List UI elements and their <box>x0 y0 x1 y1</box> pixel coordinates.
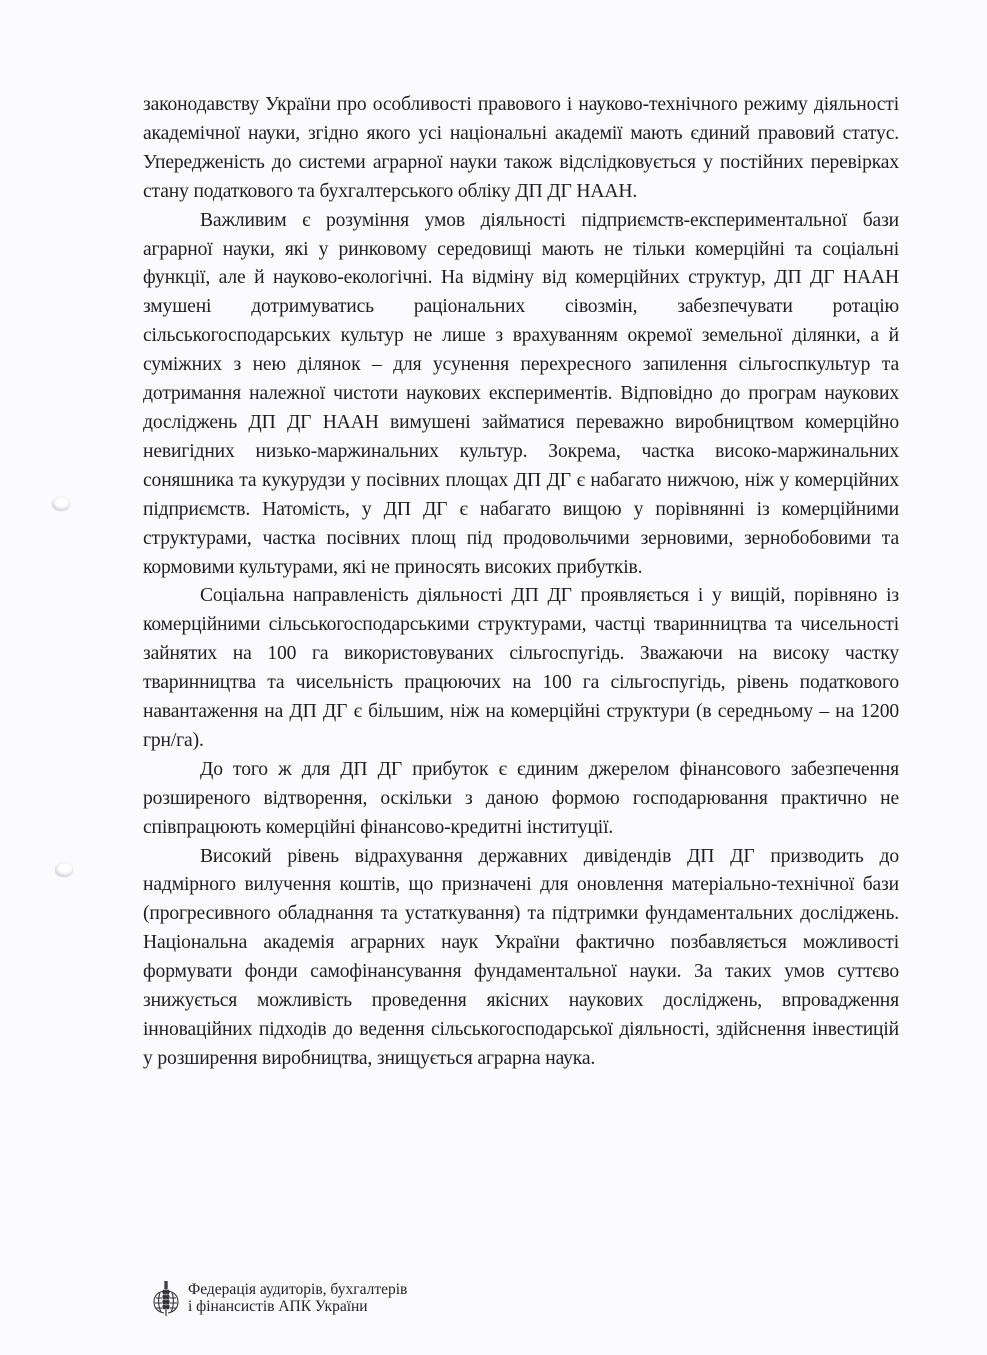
punch-hole-bottom <box>55 863 73 877</box>
paragraph-3: Соціальна направленість діяльності ДП ДГ… <box>143 582 899 755</box>
paragraph-4: До того ж для ДП ДГ прибуток є єдиним дж… <box>143 756 899 843</box>
paragraph-1: законодавству України про особливості пр… <box>143 91 899 207</box>
letterhead-line-1: Федерація аудиторів, бухгалтерів <box>188 1281 407 1298</box>
letterhead-organization-name: Федерація аудиторів, бухгалтерів і фінан… <box>188 1281 407 1315</box>
punch-hole-top <box>52 497 70 511</box>
paragraph-5: Високий рівень відрахування державних ди… <box>143 843 899 1074</box>
globe-wheat-logo-icon <box>152 1278 180 1318</box>
letterhead-footer: Федерація аудиторів, бухгалтерів і фінан… <box>152 1278 407 1318</box>
scanned-document-page: законодавству України про особливості пр… <box>0 0 987 1355</box>
paragraph-2: Важливим є розуміння умов діяльності під… <box>143 207 899 583</box>
letterhead-line-2: і фінансистів АПК України <box>188 1298 407 1315</box>
document-body: законодавству України про особливості пр… <box>143 91 899 1074</box>
